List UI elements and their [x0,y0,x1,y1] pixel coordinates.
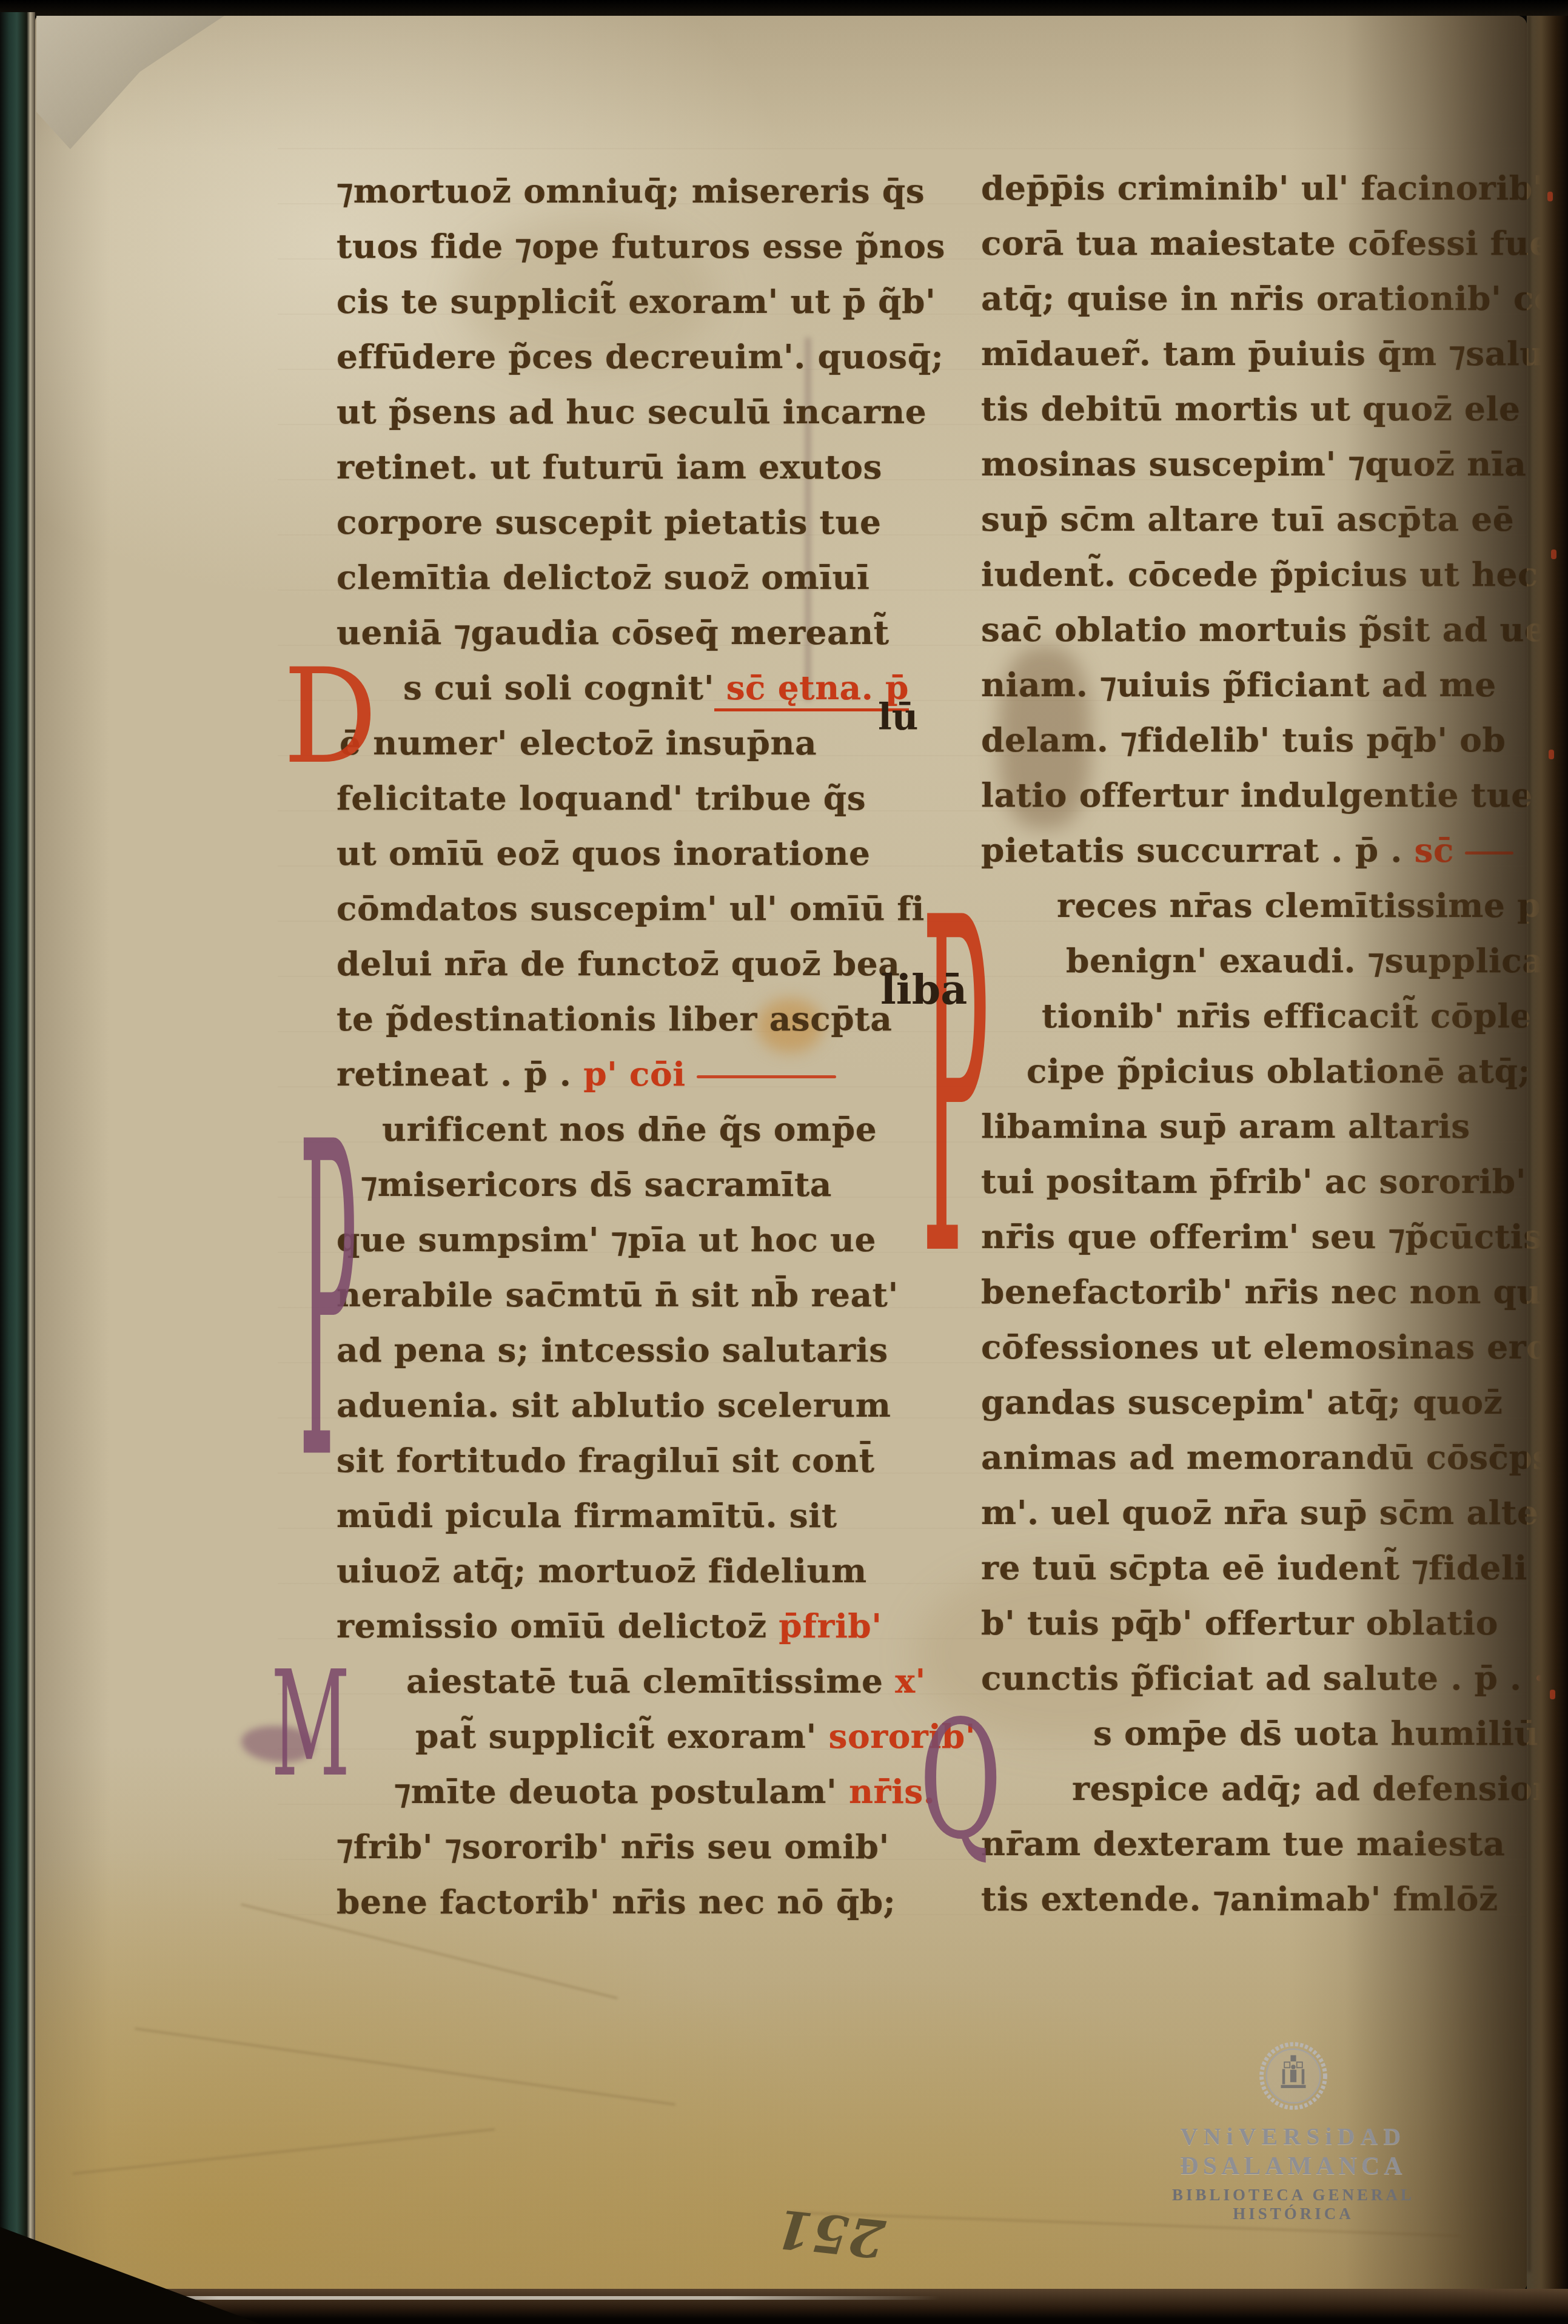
book-edge-glint [91,2296,940,2300]
body-text: effūdere p̃ces decreuim'. quosq̄; [337,337,943,376]
body-text: delui nr̄a de functoz̄ quoz̄ bea [337,944,900,983]
body-text: bene factorib' nr̄is nec nō q̄b; [337,1882,896,1921]
body-text: uiuoz̄ atq̄; mortuoz̄ fidelium [337,1551,867,1590]
text-line: ē numer' electoz̄ insup̄na [337,715,943,770]
body-text: ⁊misericors ds̄ sacramīta [361,1164,832,1204]
text-line: pat̃ supplicit̃ exoram' sororib' [337,1708,943,1764]
marginal-gloss: lū [878,696,918,739]
text-line: clemītia delictoz̄ suoz̄ omīuī [337,549,943,605]
text-line: felicitate loquand' tribue q̃s [337,770,943,825]
library-stamp: VNiVERSiDAD ÐSALAMANCA BIBLIOTECA GENERA… [1136,2041,1451,2223]
page-corner-flap [36,16,224,149]
text-line: remissio omīū delictoz̄ p̄frib' [337,1598,943,1653]
body-text: cis te supplicit̃ exoram' ut p̄ q̃b' [337,281,936,321]
text-line: urificent nos dn̄e q̃s omp̄e [337,1101,943,1157]
body-text: pat̃ supplicit̃ exoram' [415,1716,829,1756]
stamp-university-name: VNiVERSiDAD [1136,2122,1451,2151]
rubric-rule [697,1075,836,1078]
text-line: cōmdatos suscepim' ul' omīū fi [337,881,943,936]
body-text: ⁊frib' ⁊sororib' nr̄is seu omib' [337,1827,890,1866]
text-line: effūdere p̃ces decreuim'. quosq̄; [337,329,943,384]
book-top-edge [0,0,1568,16]
body-text: clemītia delictoz̄ suoz̄ omīuī [337,557,869,597]
body-text: ueniā ⁊gaudia cōseq̄ mereant̃ [337,613,890,652]
parchment-crease [73,2128,495,2174]
rubric-text: p̄frib' [779,1606,882,1645]
body-text: urificent nos dn̄e q̃s omp̄e [382,1109,877,1149]
body-text: ut omīū eoz̄ quos inoratione [337,833,870,873]
body-text: ē numer' electoz̄ insup̄na [340,723,817,762]
text-line: ⁊misericors ds̄ sacramīta [337,1157,943,1212]
body-text: te p̃destinationis liber ascp̄ta [337,999,892,1038]
body-text: aduenia. sit ablutio scelerum [337,1385,891,1425]
body-text: felicitate loquand' tribue q̃s [337,778,866,818]
text-line: ⁊frib' ⁊sororib' nr̄is seu omib' [337,1819,943,1874]
stamp-university-name-2: ÐSALAMANCA [1136,2152,1451,2181]
text-column-left: ⁊mortuoz̄ omniuq̄; misereris q̄stuos fid… [337,163,943,1929]
text-line: aiestatē tuā clemītissime x' [337,1653,943,1708]
text-line: cis te supplicit̃ exoram' ut p̄ q̃b' [337,274,943,329]
edge-ink-speck [1550,1690,1555,1699]
body-text: corpore suscepit pietatis tue [337,502,881,542]
text-line: delui nr̄a de functoz̄ quoz̄ bea [337,936,943,991]
stamp-library-name: BIBLIOTECA GENERAL HISTÓRICA [1136,2186,1451,2223]
page-curve-shadow [1345,16,1527,2291]
folio-number: 251 [773,2197,888,2269]
text-line: corpore suscepit pietatis tue [337,494,943,549]
illuminated-initial: P [299,1090,357,1522]
body-text: retinet. ut futurū iam exutos [337,447,882,486]
body-text: nerabile sac̄mtū n̄ sit nb̄ reat' [337,1275,899,1314]
illuminated-initial: D [283,651,377,782]
body-text: cōmdatos suscepim' ul' omīū fi [337,888,925,928]
parchment-page: ⁊mortuoz̄ omniuq̄; misereris q̄stuos fid… [35,16,1527,2291]
text-line: uiuoz̄ atq̄; mortuoz̄ fidelium [337,1543,943,1598]
text-line: ut p̃sens ad huc seculū incarne [337,384,943,439]
text-line: aduenia. sit ablutio scelerum [337,1377,943,1432]
body-text: s cui soli cognit' [403,668,714,707]
text-line: que sumpsim' ⁊pīa ut hoc ue [337,1212,943,1267]
library-seal-icon [1259,2041,1328,2111]
text-line: te p̃destinationis liber ascp̄ta [337,991,943,1046]
marginal-gloss: libā [880,966,967,1014]
body-text: sit fortitudo fragiluī sit cont̄ [337,1440,875,1480]
text-line: ⁊mortuoz̄ omniuq̄; misereris q̄s [337,163,943,218]
book-binding [0,12,35,2292]
body-text: mūdi picula firmamītū. sit [337,1496,837,1535]
text-line: ut omīū eoz̄ quos inoratione [337,825,943,881]
book-bottom-edge [24,2289,1568,2324]
body-text: remissio omīū delictoz̄ [337,1606,779,1645]
text-line: retineat . p̄ . p' cōi [337,1046,943,1101]
edge-ink-speck [1551,549,1556,559]
body-text: ut p̃sens ad huc seculū incarne [337,392,926,431]
manuscript-scan: ⁊mortuoz̄ omniuq̄; misereris q̄stuos fid… [0,0,1568,2324]
text-line: ad pena s; intcessio salutaris [337,1322,943,1377]
body-text: ad pena s; intcessio salutaris [337,1330,888,1369]
text-line: ueniā ⁊gaudia cōseq̄ mereant̃ [337,605,943,660]
page-edge-line [1528,16,1530,2272]
text-line: nerabile sac̄mtū n̄ sit nb̄ reat' [337,1267,943,1322]
book-fore-edge [1527,16,1568,2296]
body-text: ⁊mīte deuota postulam' [394,1772,849,1811]
illuminated-initial: Q [919,1699,1002,1862]
body-text: retineat . p̄ . [337,1054,572,1093]
edge-ink-speck [1549,750,1554,759]
body-text: que sumpsim' ⁊pīa ut hoc ue [337,1220,876,1259]
illuminated-initial: P [922,862,989,1323]
text-line: bene factorib' nr̄is nec nō q̄b; [337,1874,943,1929]
text-line: retinet. ut futurū iam exutos [337,439,943,494]
text-line: mūdi picula firmamītū. sit [337,1488,943,1543]
rubric-text: p' cōi [572,1054,686,1093]
parchment-crease [135,2027,675,2105]
text-line: sit fortitudo fragiluī sit cont̄ [337,1432,943,1488]
body-text: aiestatē tuā clemītissime [406,1661,895,1701]
illuminated-initial: M [271,1652,350,1798]
text-line: ⁊mīte deuota postulam' nr̄is. [337,1764,943,1819]
body-text: ⁊mortuoz̄ omniuq̄; misereris q̄s [337,171,925,210]
body-text: tuos fide ⁊ope futuros esse p̃nos [337,226,945,266]
text-line: s cui soli cognit' sc̄ ętna. p̄ [337,660,943,715]
edge-ink-speck [1547,192,1553,201]
text-line: tuos fide ⁊ope futuros esse p̃nos [337,218,943,274]
